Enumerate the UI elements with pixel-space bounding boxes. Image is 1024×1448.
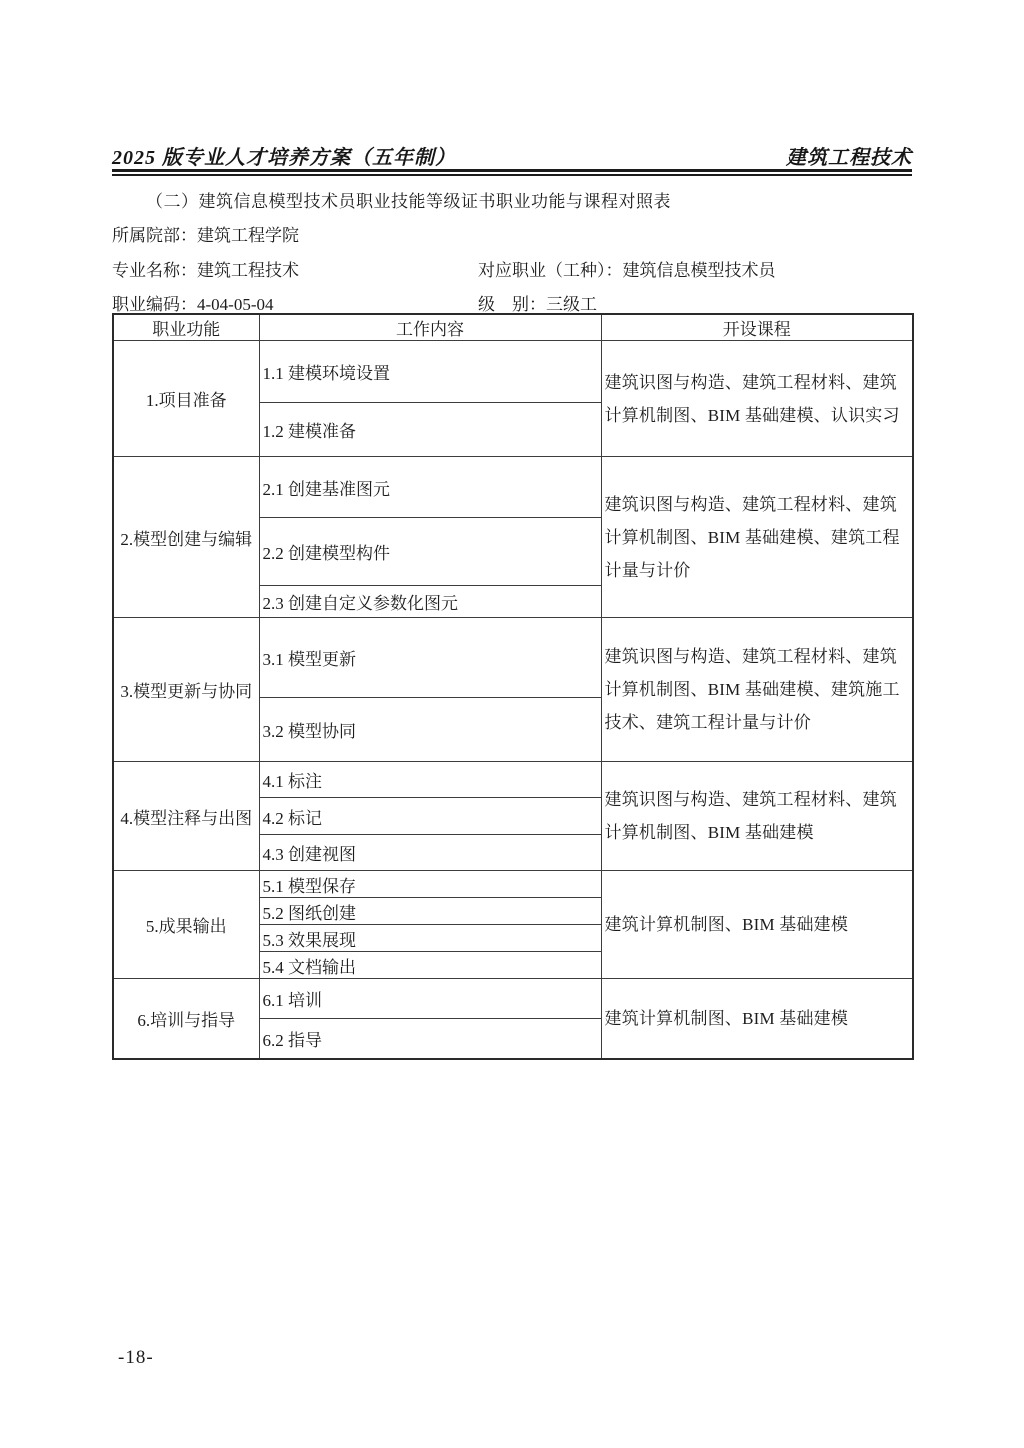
course-cell: 建筑识图与构造、建筑工程材料、建筑计算机制图、BIM 基础建模、建筑工程计量与计…: [601, 457, 913, 618]
header-cell-task: 工作内容: [259, 314, 601, 341]
task-cell: 2.1 创建基准图元: [259, 457, 601, 518]
table-row: 2.模型创建与编辑 2.1 创建基准图元 建筑识图与构造、建筑工程材料、建筑计算…: [113, 457, 913, 518]
meta-department: 所属院部：建筑工程学院: [112, 221, 912, 246]
course-cell: 建筑识图与构造、建筑工程材料、建筑计算机制图、BIM 基础建模: [601, 762, 913, 871]
header-double-rule: [112, 169, 912, 176]
function-cell: 3.模型更新与协同: [113, 618, 259, 762]
meta-line-major: 专业名称：建筑工程技术 对应职业（工种）：建筑信息模型技术员: [112, 256, 912, 281]
task-cell: 4.2 标记: [259, 798, 601, 835]
function-course-table: 职业功能 工作内容 开设课程 1.项目准备 1.1 建模环境设置 建筑识图与构造…: [112, 313, 914, 1060]
meta-occupation: 对应职业（工种）：建筑信息模型技术员: [478, 256, 776, 281]
function-cell: 4.模型注释与出图: [113, 762, 259, 871]
task-cell: 6.2 指导: [259, 1019, 601, 1059]
function-cell: 5.成果输出: [113, 871, 259, 979]
header-cell-function: 职业功能: [113, 314, 259, 341]
header-cell-course: 开设课程: [601, 314, 913, 341]
running-head: 2025 版专业人才培养方案（五年制） 建筑工程技术: [112, 141, 912, 170]
meta-line-code: 职业编码：4-04-05-04 级 别：三级工: [112, 290, 912, 315]
course-cell: 建筑计算机制图、BIM 基础建模: [601, 979, 913, 1059]
function-cell: 1.项目准备: [113, 341, 259, 457]
task-cell: 1.1 建模环境设置: [259, 341, 601, 403]
table-row: 1.项目准备 1.1 建模环境设置 建筑识图与构造、建筑工程材料、建筑计算机制图…: [113, 341, 913, 403]
task-cell: 3.2 模型协同: [259, 698, 601, 762]
task-cell: 3.1 模型更新: [259, 618, 601, 698]
running-head-left: 2025 版专业人才培养方案（五年制）: [112, 141, 456, 170]
function-cell: 6.培训与指导: [113, 979, 259, 1059]
table-header-row: 职业功能 工作内容 开设课程: [113, 314, 913, 341]
task-cell: 6.1 培训: [259, 979, 601, 1019]
task-cell: 5.4 文档输出: [259, 952, 601, 979]
document-page: 2025 版专业人才培养方案（五年制） 建筑工程技术 （二）建筑信息模型技术员职…: [0, 0, 1024, 1448]
running-head-right: 建筑工程技术: [786, 141, 912, 170]
task-cell: 4.1 标注: [259, 762, 601, 798]
course-cell: 建筑计算机制图、BIM 基础建模: [601, 871, 913, 979]
table-row: 4.模型注释与出图 4.1 标注 建筑识图与构造、建筑工程材料、建筑计算机制图、…: [113, 762, 913, 798]
course-cell: 建筑识图与构造、建筑工程材料、建筑计算机制图、BIM 基础建模、建筑施工技术、建…: [601, 618, 913, 762]
section-title: （二）建筑信息模型技术员职业技能等级证书职业功能与课程对照表: [146, 187, 671, 212]
meta-code: 职业编码：4-04-05-04: [112, 295, 273, 314]
course-cell: 建筑识图与构造、建筑工程材料、建筑计算机制图、BIM 基础建模、认识实习: [601, 341, 913, 457]
task-cell: 5.3 效果展现: [259, 925, 601, 952]
function-cell: 2.模型创建与编辑: [113, 457, 259, 618]
task-cell: 2.3 创建自定义参数化图元: [259, 586, 601, 618]
meta-level: 级 别：三级工: [478, 290, 597, 315]
task-cell: 5.2 图纸创建: [259, 898, 601, 925]
task-cell: 1.2 建模准备: [259, 403, 601, 457]
table-row: 6.培训与指导 6.1 培训 建筑计算机制图、BIM 基础建模: [113, 979, 913, 1019]
table-row: 3.模型更新与协同 3.1 模型更新 建筑识图与构造、建筑工程材料、建筑计算机制…: [113, 618, 913, 698]
page-number: -18-: [118, 1347, 154, 1369]
meta-major: 专业名称：建筑工程技术: [112, 261, 299, 280]
task-cell: 5.1 模型保存: [259, 871, 601, 898]
task-cell: 4.3 创建视图: [259, 835, 601, 871]
task-cell: 2.2 创建模型构件: [259, 518, 601, 586]
table-row: 5.成果输出 5.1 模型保存 建筑计算机制图、BIM 基础建模: [113, 871, 913, 898]
